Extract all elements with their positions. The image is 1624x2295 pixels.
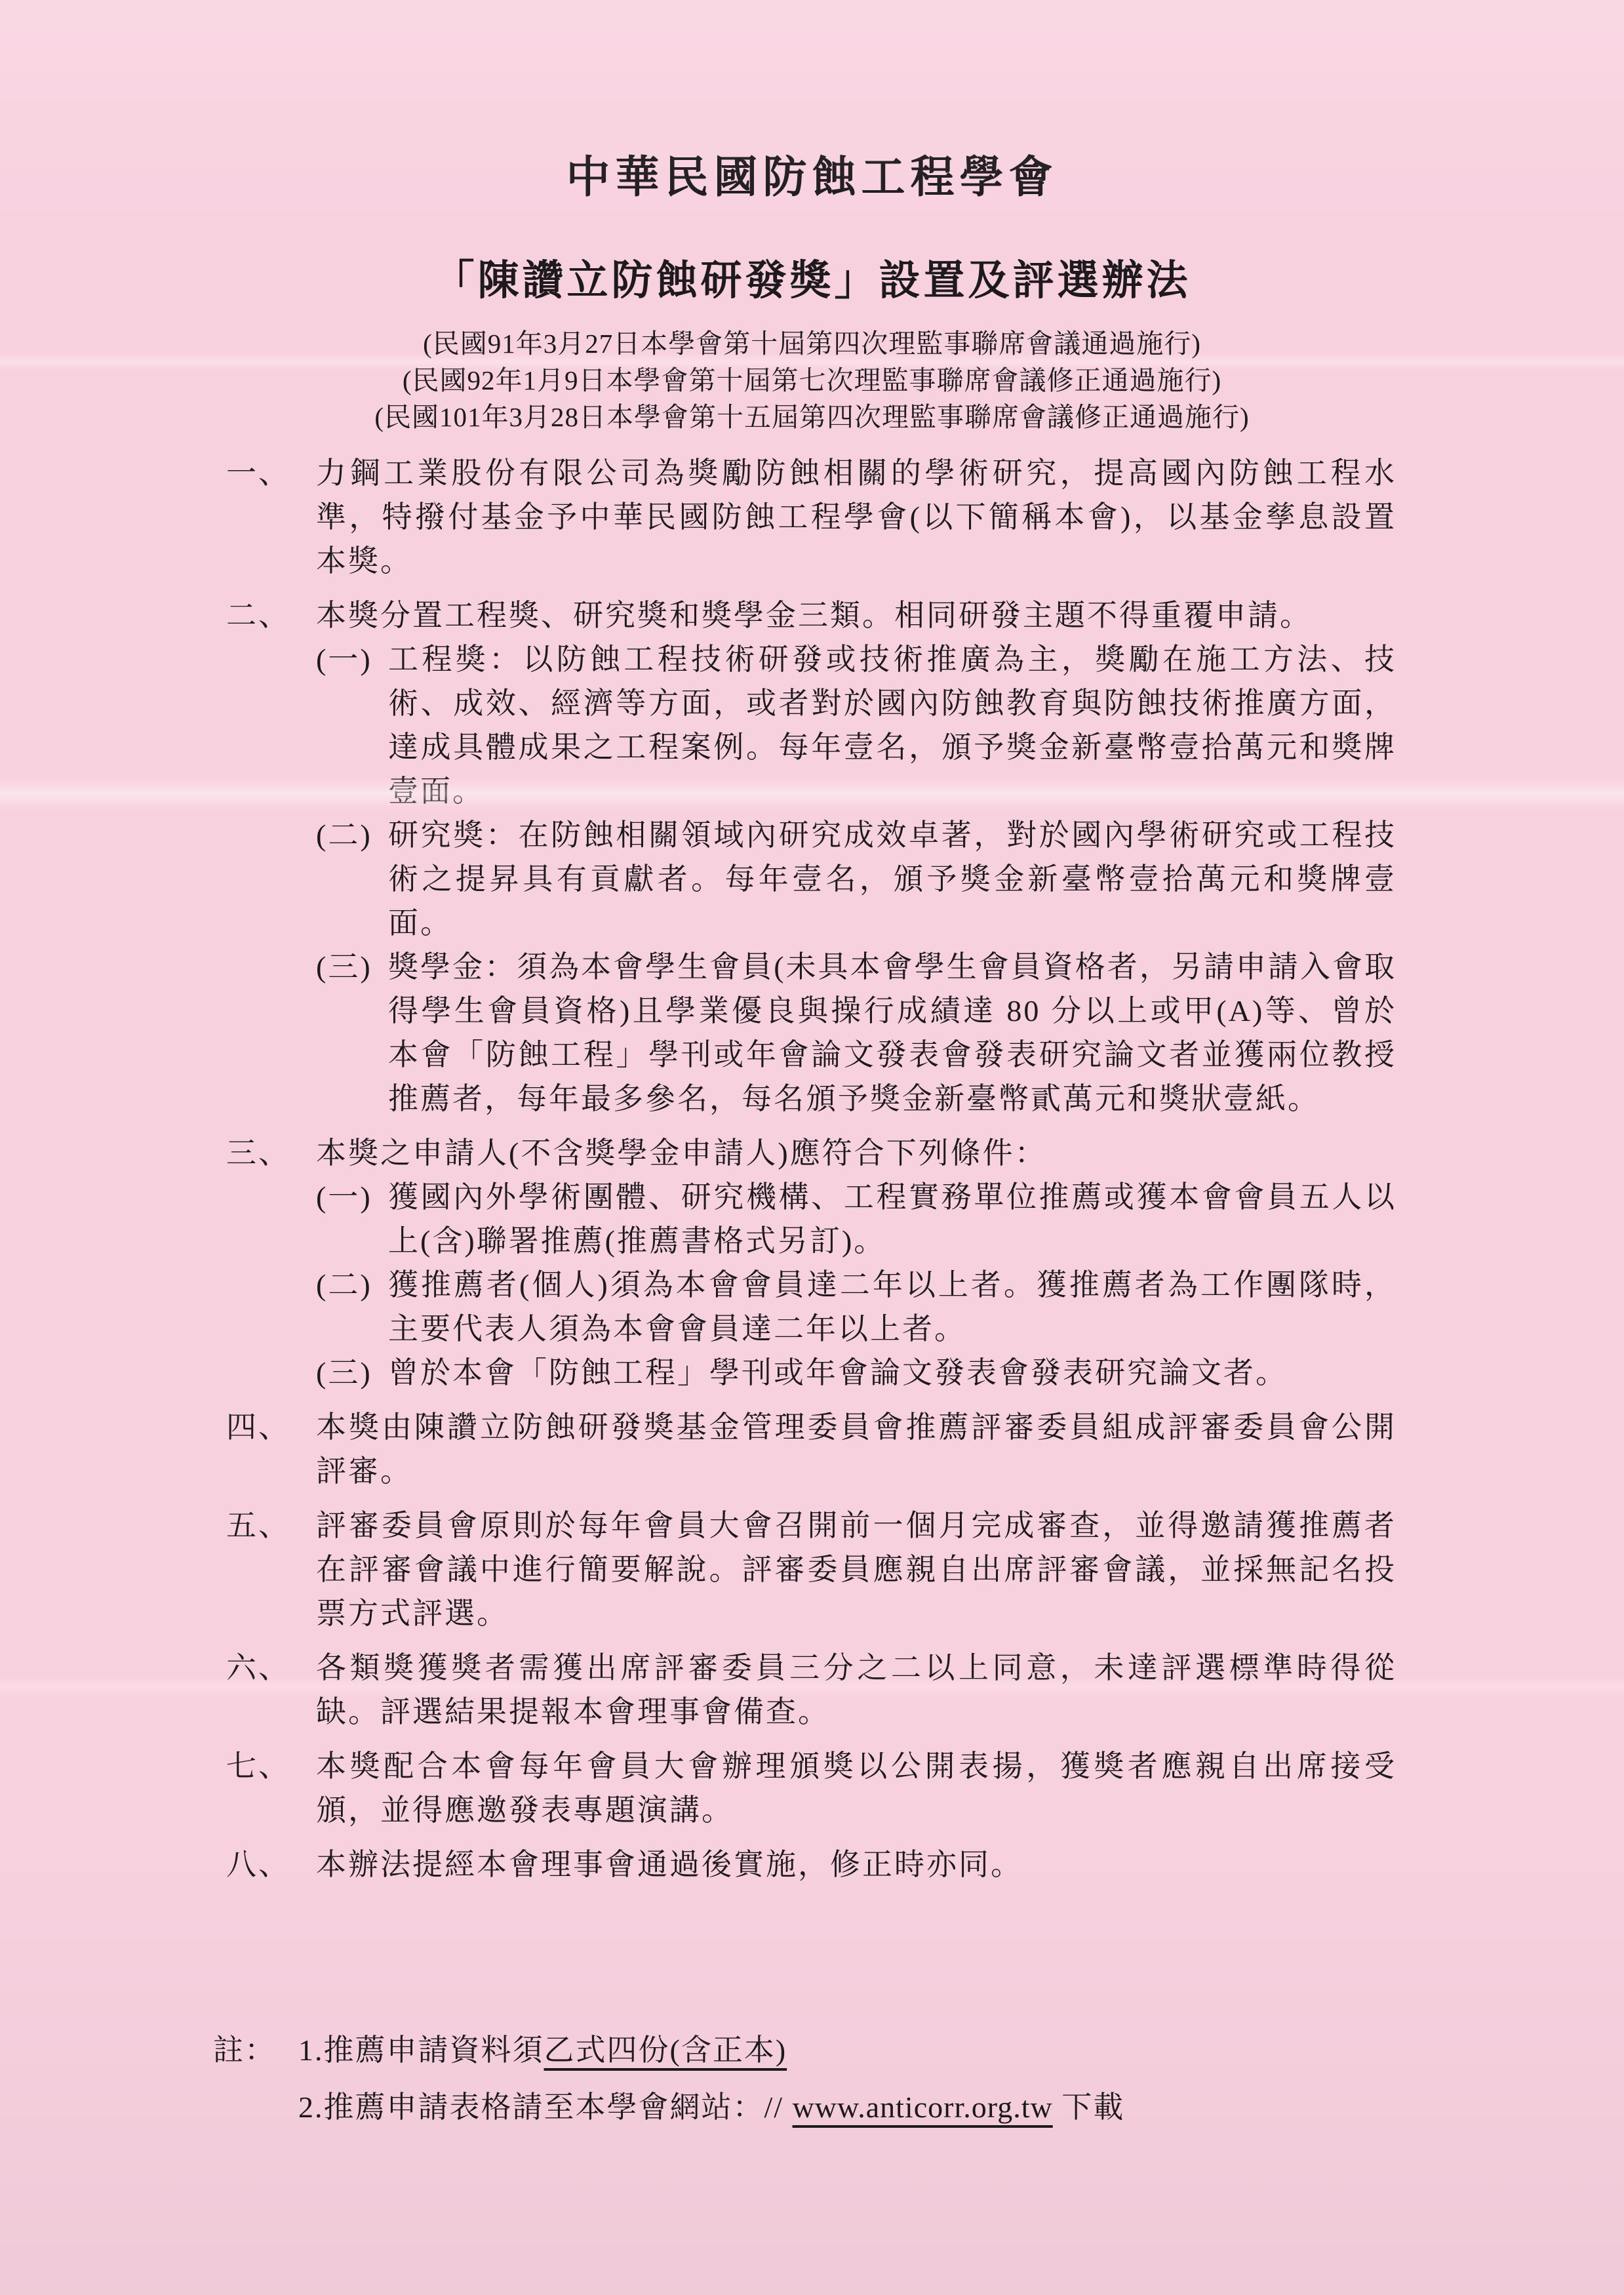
item-text: 本獎配合本會每年會員大會辦理頒獎以公開表揚，獲獎者應親自出席接受頒，並得應邀發表… [316, 1744, 1396, 1832]
note-number: 2. [298, 2090, 324, 2124]
item-body: 本獎之申請人(不含獎學金申請人)應符合下列條件： (一) 獲國內外學術團體、研究… [316, 1131, 1396, 1395]
item-number: 一、 [226, 451, 316, 583]
subitem-row: (一) 工程獎：以防蝕工程技術研發或技術推廣為主，獎勵在施工方法、技術、成效、經… [316, 637, 1396, 813]
subitem-row: (二) 獲推薦者(個人)須為本會會員達二年以上者。獲推薦者為工作團隊時，主要代表… [316, 1263, 1396, 1351]
revision-line: (民國91年3月27日本學會第十屆第四次理監事聯席會議通過施行) [0, 325, 1624, 362]
revision-line: (民國92年1月9日本學會第十屆第七次理監事聯席會議修正通過施行) [0, 362, 1624, 399]
item-number: 七、 [226, 1744, 316, 1832]
item-body: 本獎分置工程獎、研究獎和獎學金三類。相同研發主題不得重覆申請。 (一) 工程獎：… [316, 593, 1396, 1121]
item-row: 二、 本獎分置工程獎、研究獎和獎學金三類。相同研發主題不得重覆申請。 (一) 工… [226, 593, 1396, 1121]
item-text: 評審委員會原則於每年會員大會召開前一個月完成審查，並得邀請獲推薦者在評審會議中進… [316, 1504, 1396, 1635]
item-text: 各類獎獲獎者需獲出席評審委員三分之二以上同意，未達評選標準時得從缺。評選結果提報… [316, 1646, 1396, 1734]
subitem-number: (三) [316, 945, 388, 1121]
item-number: 八、 [226, 1843, 316, 1886]
item-row: 一、 力鋼工業股份有限公司為獎勵防蝕相關的學術研究，提高國內防蝕工程水準，特撥付… [226, 451, 1396, 583]
item-text: 本獎分置工程獎、研究獎和獎學金三類。相同研發主題不得重覆申請。 [316, 593, 1396, 637]
subitem-text: 研究獎：在防蝕相關領域內研究成效卓著，對於國內學術研究或工程技術之提昇具有貢獻者… [388, 813, 1396, 945]
revision-history: (民國91年3月27日本學會第十屆第四次理監事聯席會議通過施行) (民國92年1… [0, 325, 1624, 435]
item-row: 四、 本獎由陳讚立防蝕研發獎基金管理委員會推薦評審委員組成評審委員會公開評審。 [226, 1405, 1396, 1493]
page-subtitle: 「陳讚立防蝕研發獎」設置及評選辦法 [0, 260, 1624, 302]
subitem-text: 獲國內外學術團體、研究機構、工程實務單位推薦或獲本會會員五人以上(含)聯署推薦(… [388, 1175, 1396, 1263]
item-number: 三、 [226, 1131, 316, 1395]
note-text: 推薦申請資料須 [324, 2033, 544, 2067]
note-item: 1.推薦申請資料須乙式四份(含正本) [298, 2028, 1624, 2072]
footnotes: 註： 1.推薦申請資料須乙式四份(含正本) 2.推薦申請表格請至本學會網站：//… [213, 2028, 1624, 2129]
subitem-row: (二) 研究獎：在防蝕相關領域內研究成效卓著，對於國內學術研究或工程技術之提昇具… [316, 813, 1396, 945]
item-number: 四、 [226, 1405, 316, 1493]
subitem-text: 獲推薦者(個人)須為本會會員達二年以上者。獲推薦者為工作團隊時，主要代表人須為本… [388, 1263, 1396, 1351]
item-body: 評審委員會原則於每年會員大會召開前一個月完成審查，並得邀請獲推薦者在評審會議中進… [316, 1504, 1396, 1635]
note-label: 註： [213, 2028, 298, 2129]
item-row: 六、 各類獎獲獎者需獲出席評審委員三分之二以上同意，未達評選標準時得從缺。評選結… [226, 1646, 1396, 1734]
document-body: 一、 力鋼工業股份有限公司為獎勵防蝕相關的學術研究，提高國內防蝕工程水準，特撥付… [226, 451, 1396, 1886]
subitem-number: (一) [316, 637, 388, 813]
subitem-row: (三) 獎學金：須為本會學生會員(未具本會學生會員資格者，另請申請入會取得學生會… [316, 945, 1396, 1121]
scanned-document-page: 中華民國防蝕工程學會 「陳讚立防蝕研發獎」設置及評選辦法 (民國91年3月27日… [0, 0, 1624, 2295]
item-body: 力鋼工業股份有限公司為獎勵防蝕相關的學術研究，提高國內防蝕工程水準，特撥付基金予… [316, 451, 1396, 583]
subitem-number: (二) [316, 813, 388, 945]
subitem-number: (三) [316, 1351, 388, 1395]
item-text: 力鋼工業股份有限公司為獎勵防蝕相關的學術研究，提高國內防蝕工程水準，特撥付基金予… [316, 451, 1396, 583]
note-item: 2.推薦申請表格請至本學會網站：// www.anticorr.org.tw 下… [298, 2085, 1624, 2129]
subitem-number: (一) [316, 1175, 388, 1263]
subitem-text: 曾於本會「防蝕工程」學刊或年會論文發表會發表研究論文者。 [388, 1351, 1396, 1395]
document-header: 中華民國防蝕工程學會 「陳讚立防蝕研發獎」設置及評選辦法 (民國91年3月27日… [0, 0, 1624, 435]
item-number: 五、 [226, 1504, 316, 1635]
revision-line: (民國101年3月28日本學會第十五屆第四次理監事聯席會議修正通過施行) [0, 399, 1624, 435]
note-underlined-text: 乙式四份(含正本) [544, 2033, 787, 2067]
item-body: 各類獎獲獎者需獲出席評審委員三分之二以上同意，未達評選標準時得從缺。評選結果提報… [316, 1646, 1396, 1734]
subitem-text: 獎學金：須為本會學生會員(未具本會學生會員資格者，另請申請入會取得學生會員資格)… [388, 945, 1396, 1121]
page-title: 中華民國防蝕工程學會 [0, 156, 1624, 200]
item-text: 本獎由陳讚立防蝕研發獎基金管理委員會推薦評審委員組成評審委員會公開評審。 [316, 1405, 1396, 1493]
item-body: 本獎配合本會每年會員大會辦理頒獎以公開表揚，獲獎者應親自出席接受頒，並得應邀發表… [316, 1744, 1396, 1832]
item-body: 本獎由陳讚立防蝕研發獎基金管理委員會推薦評審委員組成評審委員會公開評審。 [316, 1405, 1396, 1493]
item-number: 二、 [226, 593, 316, 1121]
note-suffix: 下載 [1053, 2090, 1125, 2124]
item-text: 本獎之申請人(不含獎學金申請人)應符合下列條件： [316, 1131, 1396, 1175]
item-number: 六、 [226, 1646, 316, 1734]
item-row: 五、 評審委員會原則於每年會員大會召開前一個月完成審查，並得邀請獲推薦者在評審會… [226, 1504, 1396, 1635]
item-row: 八、 本辦法提經本會理事會通過後實施，修正時亦同。 [226, 1843, 1396, 1886]
note-lines: 1.推薦申請資料須乙式四份(含正本) 2.推薦申請表格請至本學會網站：// ww… [298, 2028, 1624, 2129]
subitem-text: 工程獎：以防蝕工程技術研發或技術推廣為主，獎勵在施工方法、技術、成效、經濟等方面… [388, 637, 1396, 813]
subitem-row: (一) 獲國內外學術團體、研究機構、工程實務單位推薦或獲本會會員五人以上(含)聯… [316, 1175, 1396, 1263]
website-url: www.anticorr.org.tw [793, 2090, 1053, 2124]
note-text: 推薦申請表格請至本學會網站：// [324, 2090, 793, 2124]
item-text: 本辦法提經本會理事會通過後實施，修正時亦同。 [316, 1843, 1396, 1886]
subitem-number: (二) [316, 1263, 388, 1351]
subitem-row: (三) 曾於本會「防蝕工程」學刊或年會論文發表會發表研究論文者。 [316, 1351, 1396, 1395]
item-row: 三、 本獎之申請人(不含獎學金申請人)應符合下列條件： (一) 獲國內外學術團體… [226, 1131, 1396, 1395]
item-row: 七、 本獎配合本會每年會員大會辦理頒獎以公開表揚，獲獎者應親自出席接受頒，並得應… [226, 1744, 1396, 1832]
note-number: 1. [298, 2033, 324, 2067]
item-body: 本辦法提經本會理事會通過後實施，修正時亦同。 [316, 1843, 1396, 1886]
